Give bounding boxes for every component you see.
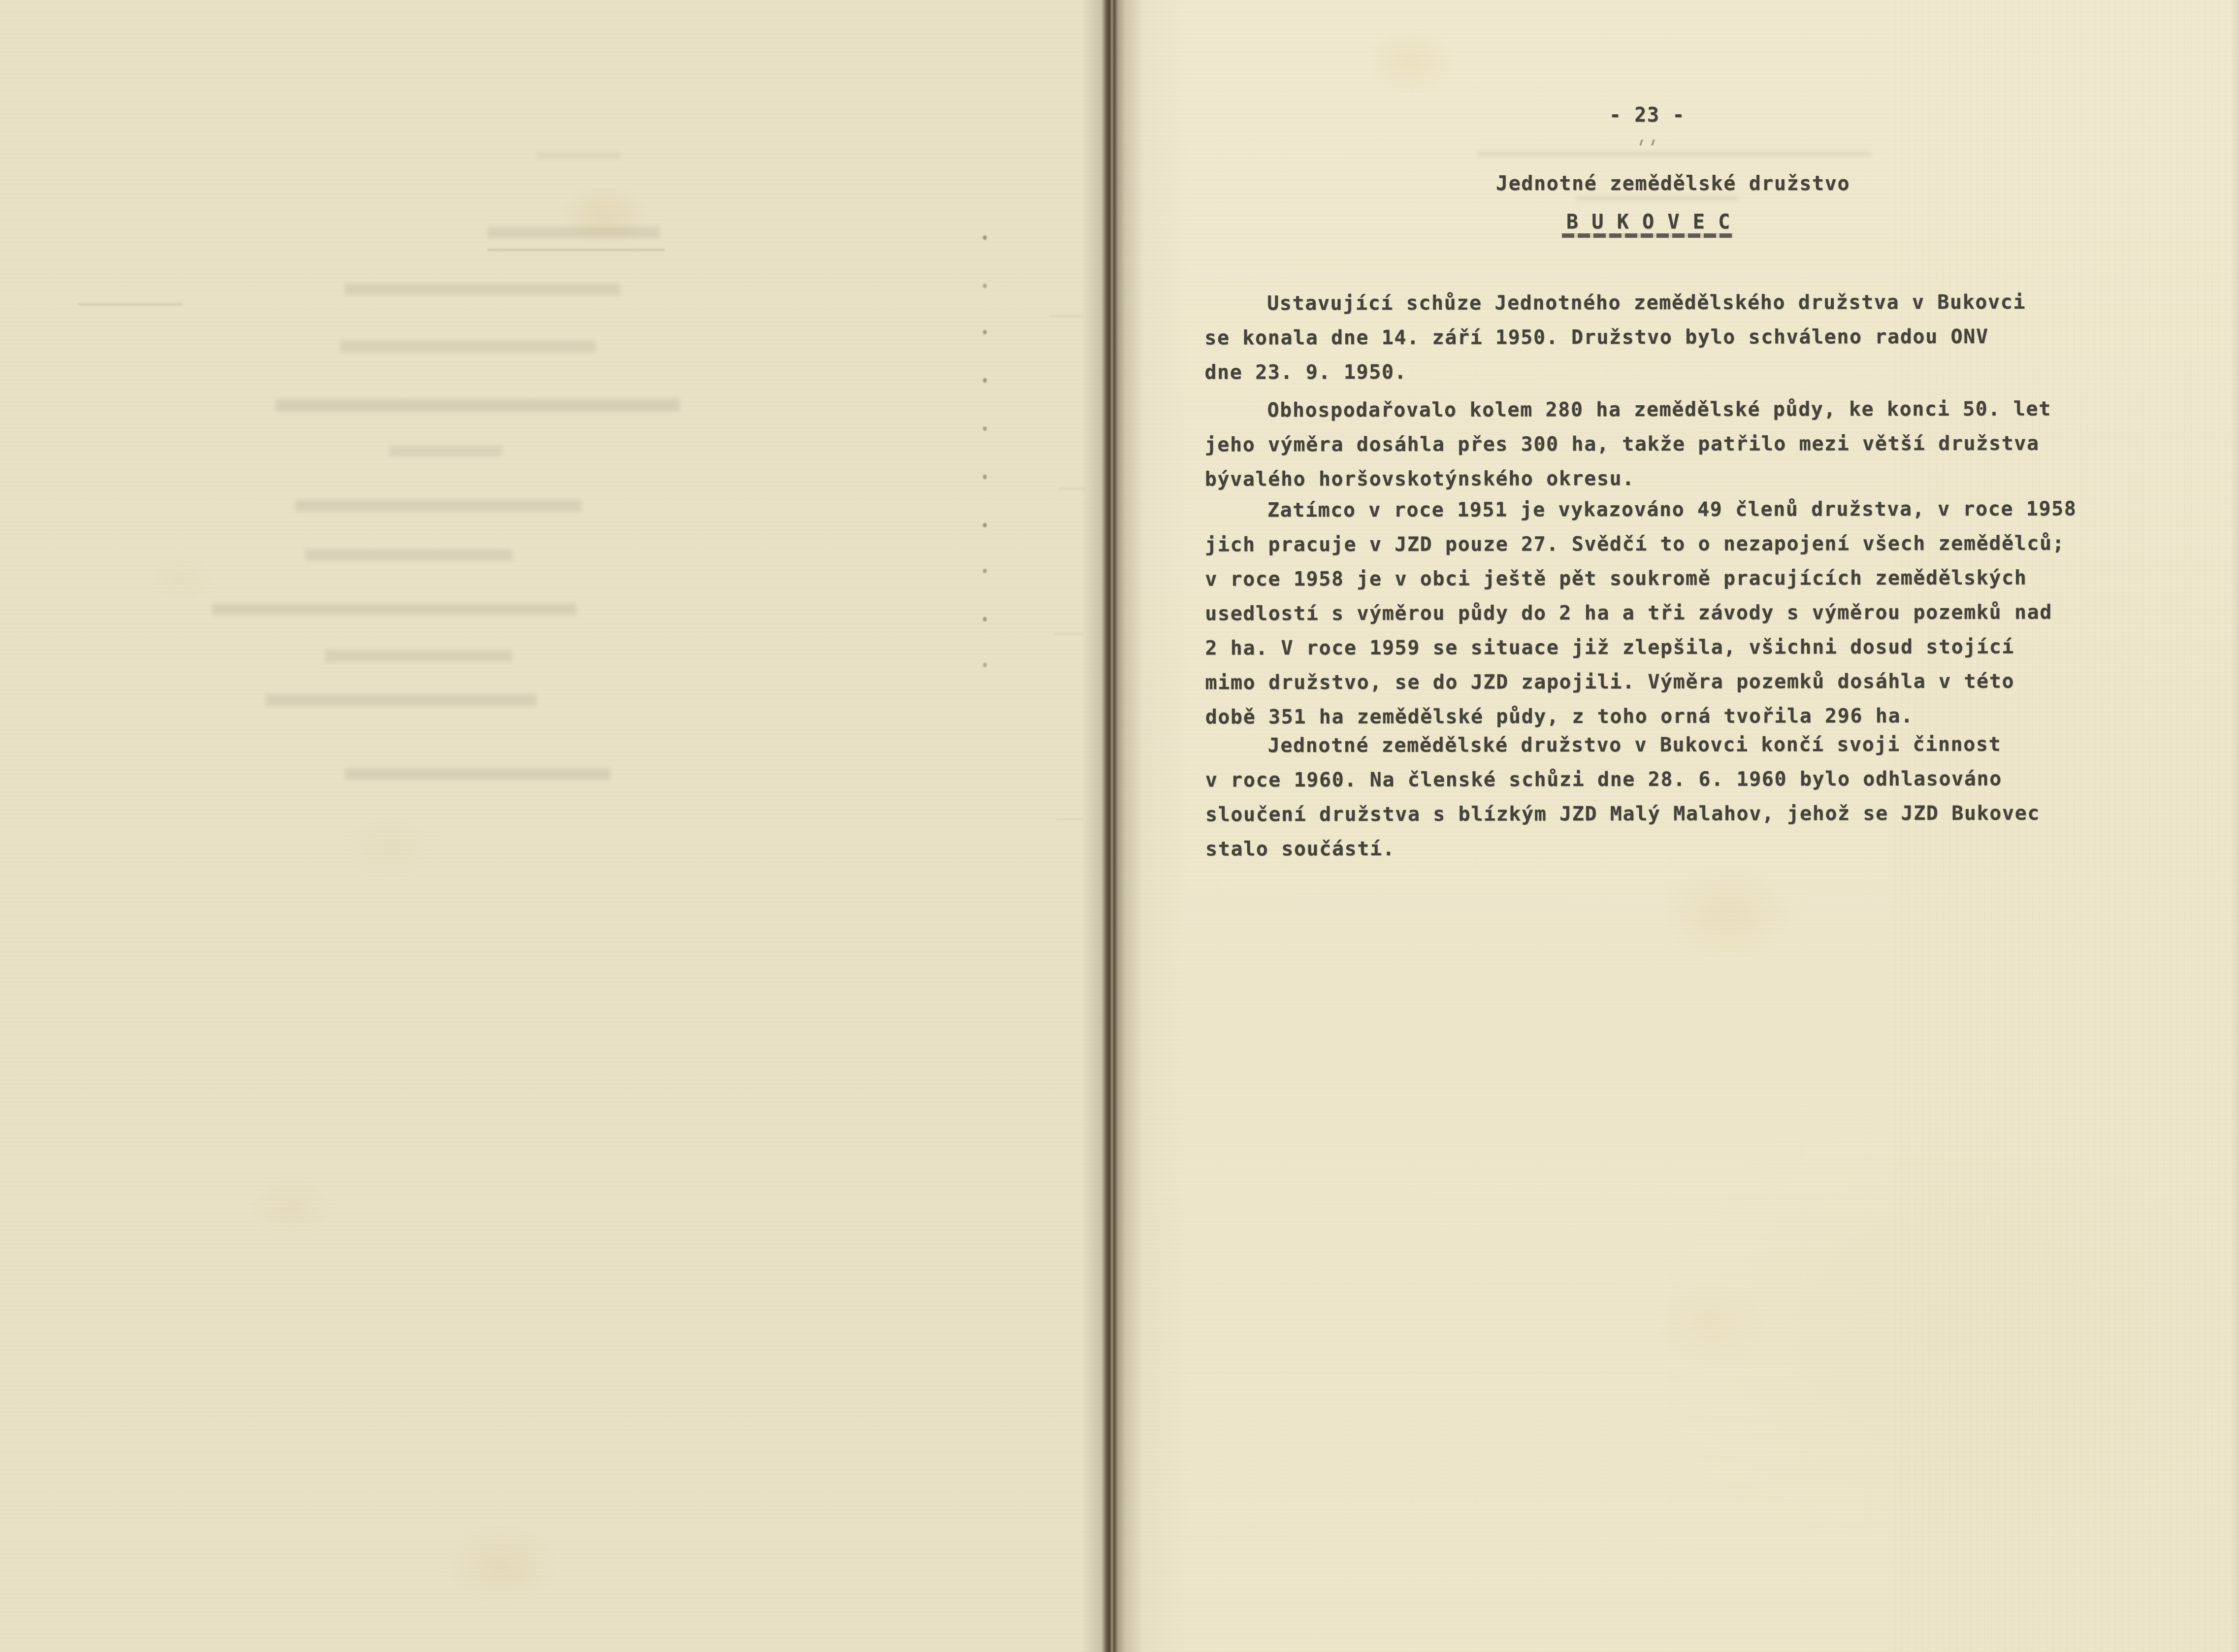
typewritten-line: Zatímco v roce 1951 je vykazováno 49 čle… (1205, 491, 2091, 527)
body-text-column: Ustavující schůze Jednotného zemědělskéh… (1204, 0, 2093, 1652)
typewritten-line: Jednotné zemědělské družstvo v Bukovci k… (1205, 727, 2092, 763)
perforation-dot-artifact (983, 569, 987, 573)
typewritten-line: mimo družstvo, se do JZD zapojili. Výměr… (1205, 664, 2091, 700)
perforation-dot-artifact (983, 475, 987, 479)
typewritten-line: jich pracuje v JZD pouze 27. Svědčí to o… (1205, 526, 2091, 562)
perforation-dot-artifact (983, 426, 987, 431)
paragraph: Obhospodařovalo kolem 280 ha zemědělské … (1204, 391, 2091, 496)
typewritten-line: se konala dne 14. září 1950. Družstvo by… (1204, 319, 2091, 355)
typewritten-line: stalo součástí. (1205, 830, 2092, 866)
perforation-dot-artifact (983, 378, 987, 383)
typewritten-line: dne 23. 9. 1950. (1204, 354, 2091, 389)
perforation-dot-artifact (983, 663, 987, 667)
perforation-dot-artifact (983, 235, 987, 240)
book-gutter (1081, 0, 1150, 1652)
typewritten-line: usedlostí s výměrou půdy do 2 ha a tři z… (1205, 595, 2091, 631)
perforation-dot-artifact (983, 330, 987, 334)
scanned-book-spread: - 23 - Jednotné zemědělské družstvo B U … (0, 0, 2239, 1652)
left-page (0, 0, 1109, 1652)
typewritten-line: 2 ha. V roce 1959 se situace již zlepšil… (1205, 629, 2091, 665)
typewritten-line: sloučení družstva s blízkým JZD Malý Mal… (1205, 796, 2092, 832)
typewritten-line: v roce 1958 je v obci ještě pět soukromě… (1205, 560, 2091, 596)
typewritten-line: v roce 1960. Na členské schůzi dne 28. 6… (1205, 761, 2092, 797)
paragraph: Ustavující schůze Jednotného zemědělskéh… (1204, 285, 2091, 389)
typewritten-line: Ustavující schůze Jednotného zemědělskéh… (1204, 285, 2091, 321)
paragraph: Jednotné zemědělské družstvo v Bukovci k… (1205, 727, 2092, 866)
perforation-dot-artifact (983, 523, 987, 527)
perforation-dot-artifact (983, 617, 987, 621)
perforation-dot-artifact (983, 284, 987, 288)
typewritten-line: Obhospodařovalo kolem 280 ha zemědělské … (1204, 391, 2091, 427)
paragraph: Zatímco v roce 1951 je vykazováno 49 čle… (1205, 491, 2092, 734)
typewritten-line: jeho výměra dosáhla přes 300 ha, takže p… (1205, 426, 2091, 462)
typewritten-line: bývalého horšovskotýnského okresu. (1205, 460, 2091, 496)
